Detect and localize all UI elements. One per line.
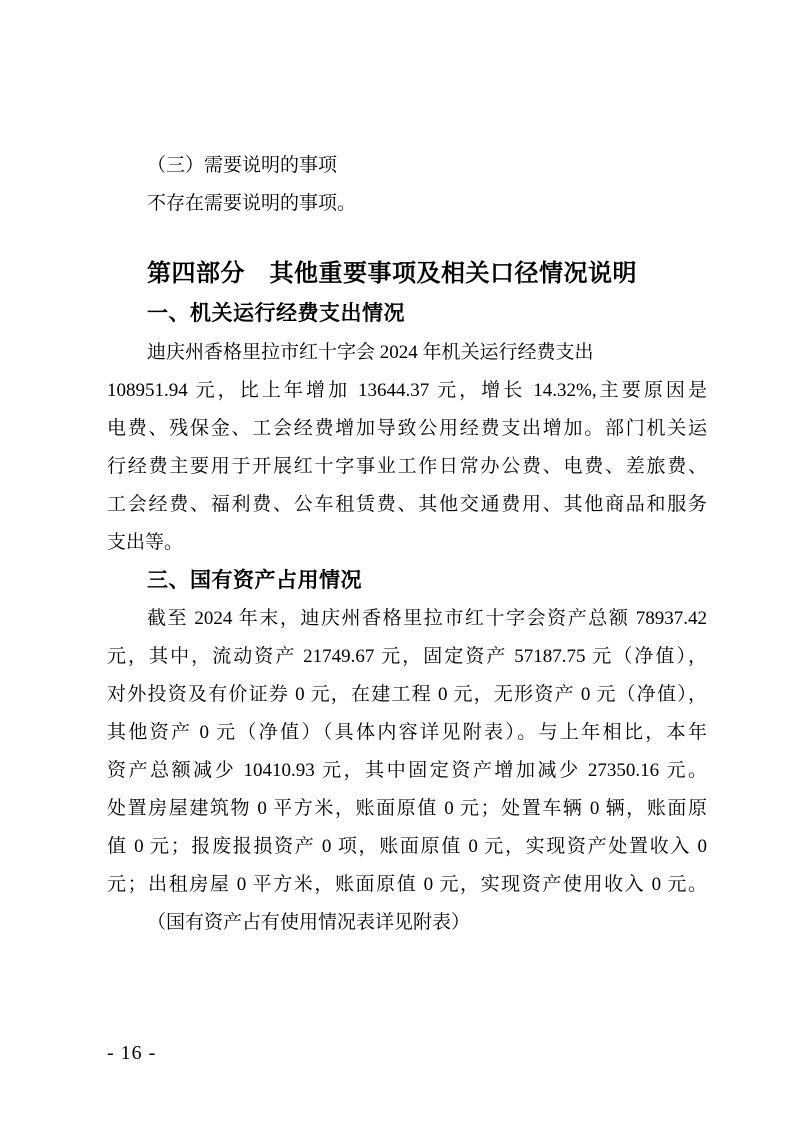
section-three-heading: （三）需要说明的事项: [107, 147, 707, 185]
paragraph-line: 支出等。: [107, 524, 707, 562]
part-four-title: 第四部分 其他重要事项及相关口径情况说明: [107, 252, 707, 296]
paragraph-line: 元，其中，流动资产 21749.67 元，固定资产 57187.75 元（净值）…: [107, 638, 707, 676]
section-one-heading: 一、机关运行经费支出情况: [107, 295, 707, 333]
page-number: - 16 -: [107, 1041, 156, 1065]
section-three-body: 不存在需要说明的事项。: [107, 185, 707, 223]
paragraph-line: 其他资产 0 元（净值）（具体内容详见附表）。与上年相比，本年: [107, 714, 707, 752]
paragraph-line: 处置房屋建筑物 0 平方米，账面原值 0 元；处置车辆 0 辆，账面原: [107, 790, 707, 828]
paragraph-line: 108951.94 元，比上年增加 13644.37 元，增长 14.32%,主…: [107, 372, 707, 410]
section-asset-heading: 三、国有资产占用情况: [107, 562, 707, 600]
paragraph-line: 迪庆州香格里拉市红十字会 2024 年机关运行经费支出: [107, 334, 707, 372]
asset-note: （国有资产占有使用情况表详见附表）: [107, 904, 707, 942]
paragraph-line: 行经费主要用于开展红十字事业工作日常办公费、电费、差旅费、: [107, 448, 707, 486]
paragraph-line: 工会经费、福利费、公车租赁费、其他交通费用、其他商品和服务: [107, 486, 707, 524]
paragraph-line: 值 0 元；报废报损资产 0 项，账面原值 0 元，实现资产处置收入 0: [107, 828, 707, 866]
paragraph-line: 截至 2024 年末，迪庆州香格里拉市红十字会资产总额 78937.42: [107, 600, 707, 638]
paragraph-line: 电费、残保金、工会经费增加导致公用经费支出增加。部门机关运: [107, 410, 707, 448]
paragraph-line: 资产总额减少 10410.93 元，其中固定资产增加减少 27350.16 元。: [107, 752, 707, 790]
document-page: （三）需要说明的事项 不存在需要说明的事项。 第四部分 其他重要事项及相关口径情…: [0, 0, 793, 1122]
paragraph-line: 对外投资及有价证券 0 元，在建工程 0 元，无形资产 0 元（净值），: [107, 676, 707, 714]
paragraph-line: 元；出租房屋 0 平方米，账面原值 0 元，实现资产使用收入 0 元。: [107, 866, 707, 904]
